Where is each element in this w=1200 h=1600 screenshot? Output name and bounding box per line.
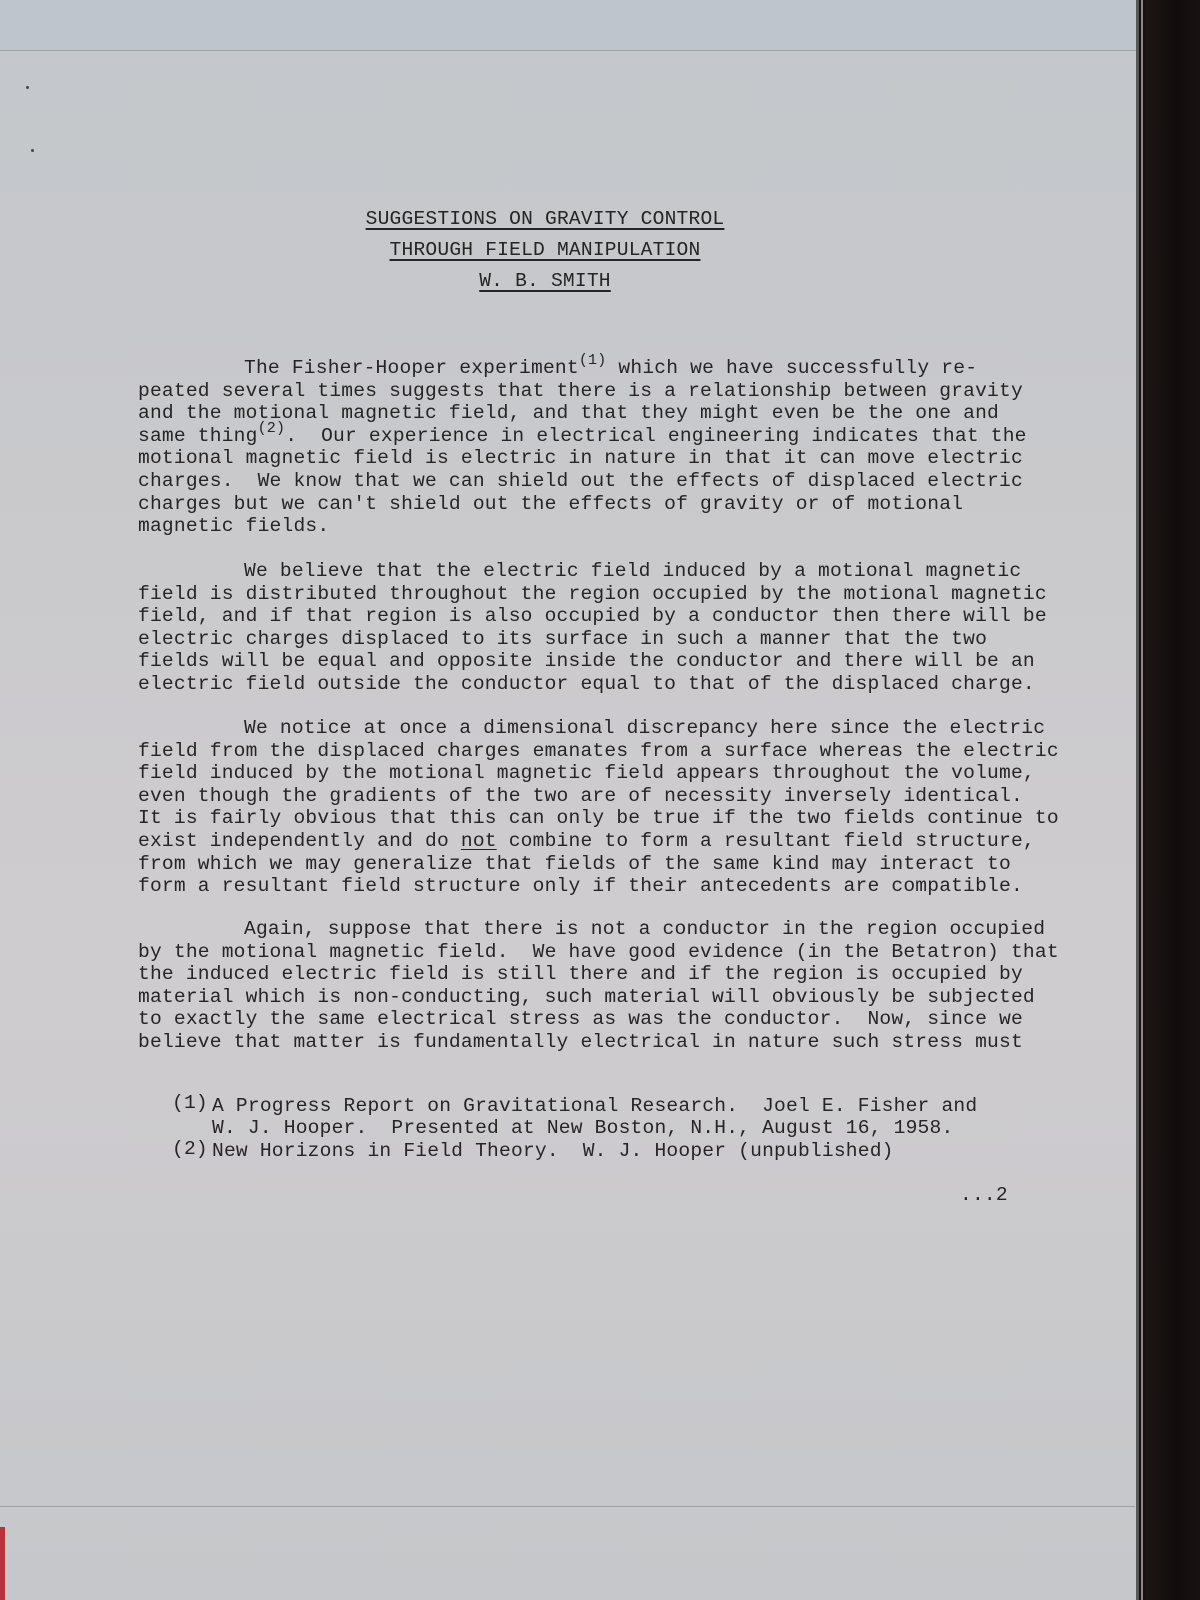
paper-speck	[31, 149, 34, 152]
body-line: field induced by the motional magnetic f…	[138, 762, 1035, 784]
footnote-1-marker: (1)	[172, 1092, 208, 1114]
body-line: motional magnetic field is electric in n…	[138, 447, 1023, 469]
line-text: which we have successfully re-	[606, 357, 977, 379]
line-text: . Our experience in electrical engineeri…	[285, 425, 1026, 447]
body-line: peated several times suggests that there…	[138, 380, 1023, 402]
footnote-reference: (1)	[579, 352, 607, 369]
line-text: The Fisher-Hooper experiment	[244, 357, 579, 379]
body-line: believe that matter is fundamentally ele…	[138, 1031, 1023, 1053]
line-text: exist independently and do	[138, 830, 461, 852]
body-line: Again, suppose that there is not a condu…	[244, 918, 1045, 940]
footnote-2-marker: (2)	[172, 1138, 208, 1160]
body-line: field, and if that region is also occupi…	[138, 605, 1047, 627]
body-line: the induced electric field is still ther…	[138, 963, 1023, 985]
author-line: W. B. SMITH	[479, 270, 611, 292]
page-top-edge	[0, 0, 1138, 51]
body-line: electric charges displaced to its surfac…	[138, 628, 987, 650]
footnote-1-line-2: W. J. Hooper. Presented at New Boston, N…	[212, 1117, 953, 1139]
body-line: to exactly the same electrical stress as…	[138, 1008, 1023, 1030]
body-line: field is distributed throughout the regi…	[138, 583, 1047, 605]
page-edge-shadow	[1141, 0, 1143, 1600]
body-line: charges. We know that we can shield out …	[138, 470, 1023, 492]
body-line: form a resultant field structure only if…	[138, 875, 1023, 897]
body-line: charges but we can't shield out the effe…	[138, 493, 963, 515]
body-line: by the motional magnetic field. We have …	[138, 941, 1059, 963]
body-line: same thing(2). Our experience in electri…	[138, 425, 1027, 449]
fold-line-bottom	[0, 1506, 1135, 1507]
body-line: even though the gradients of the two are…	[138, 785, 1023, 807]
paper-speck	[26, 86, 29, 89]
body-line: We believe that the electric field induc…	[244, 560, 1021, 582]
body-line: from which we may generalize that fields…	[138, 853, 1011, 875]
body-line: field from the displaced charges emanate…	[138, 740, 1059, 762]
page-edge	[1136, 0, 1139, 1600]
title-line-1: SUGGESTIONS ON GRAVITY CONTROL	[366, 208, 725, 230]
footnote-reference: (2)	[258, 420, 286, 437]
body-line: exist independently and do not combine t…	[138, 830, 1035, 852]
line-text: same thing	[138, 425, 258, 447]
underlined-emphasis: not	[461, 830, 497, 852]
body-line: electric field outside the conductor equ…	[138, 673, 1035, 695]
body-line: fields will be equal and opposite inside…	[138, 650, 1035, 672]
document-page: SUGGESTIONS ON GRAVITY CONTROL THROUGH F…	[0, 0, 1138, 1600]
body-line: It is fairly obvious that this can only …	[138, 807, 1059, 829]
footnote-1-line-1: A Progress Report on Gravitational Resea…	[212, 1095, 977, 1117]
title-line-2: THROUGH FIELD MANIPULATION	[390, 239, 701, 261]
continuation-marker: ...2	[960, 1184, 1008, 1206]
red-tab-marker	[0, 1527, 5, 1600]
body-line: The Fisher-Hooper experiment(1) which we…	[244, 357, 977, 381]
body-line: magnetic fields.	[138, 515, 329, 537]
line-text: combine to form a resultant field struct…	[497, 830, 1035, 852]
binder-background	[1146, 0, 1200, 1600]
body-line: We notice at once a dimensional discrepa…	[244, 717, 1045, 739]
body-line: material which is non-conducting, such m…	[138, 986, 1035, 1008]
footnote-2-line-1: New Horizons in Field Theory. W. J. Hoop…	[212, 1140, 894, 1162]
